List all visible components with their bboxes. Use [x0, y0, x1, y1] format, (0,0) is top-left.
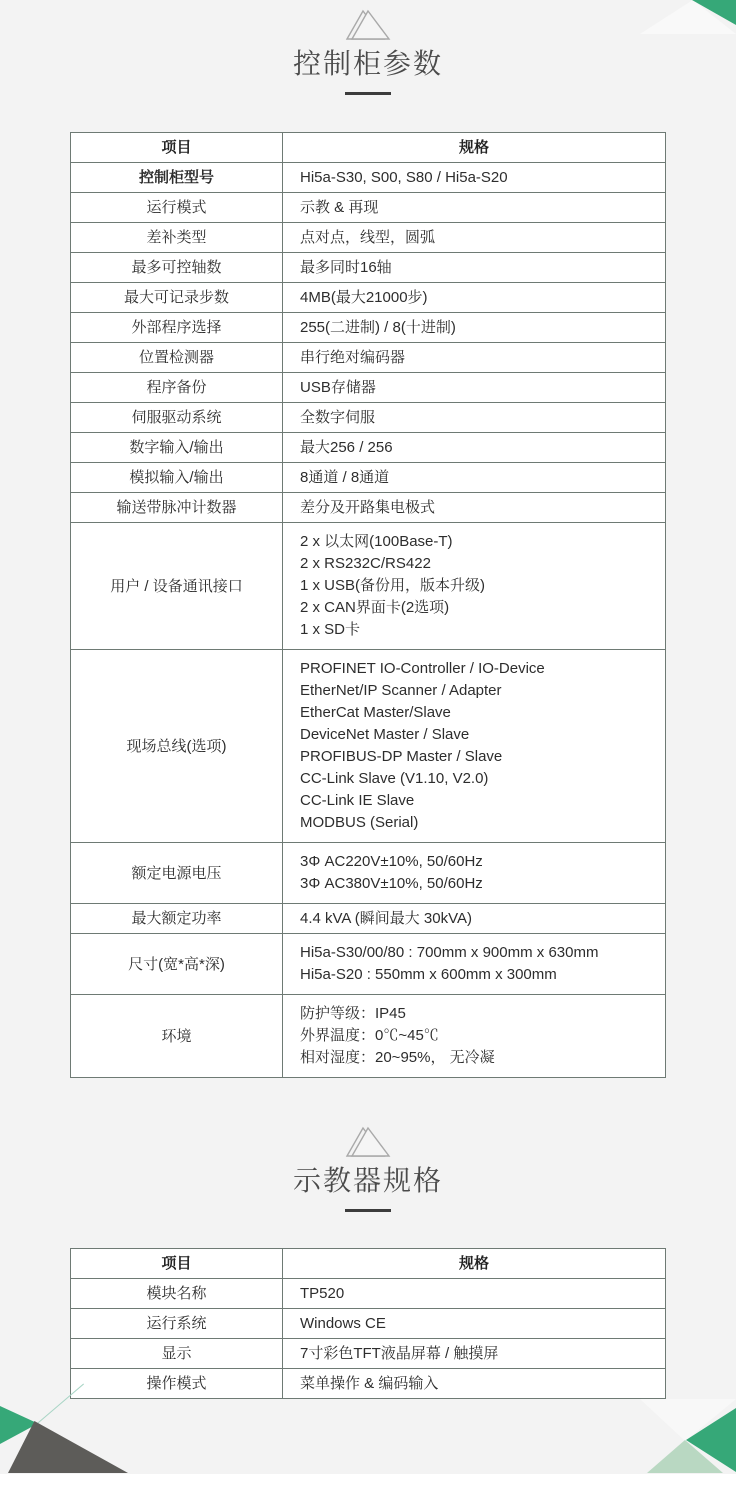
- spec-page: 控制柜参数 项目规格控制柜型号Hi5a-S30, S00, S80 / Hi5a…: [0, 0, 736, 1474]
- spec-item-value: 差分及开路集电极式: [283, 493, 666, 523]
- spec-item-value: 2 x 以太网(100Base-T) 2 x RS232C/RS422 1 x …: [283, 523, 666, 650]
- spec-row: 外部程序选择255(二进制) / 8(十进制): [71, 313, 666, 343]
- spec-row: 现场总线(选项)PROFINET IO-Controller / IO-Devi…: [71, 650, 666, 843]
- spec-item-value: 示教 & 再现: [283, 193, 666, 223]
- spec-item-label: 外部程序选择: [71, 313, 283, 343]
- spec-item-value: 全数字伺服: [283, 403, 666, 433]
- title-underline-icon: [345, 92, 391, 95]
- spec-item-value: 最大256 / 256: [283, 433, 666, 463]
- spec-item-label: 模块名称: [71, 1279, 283, 1309]
- spec-row: 操作模式菜单操作 & 编码输入: [71, 1369, 666, 1399]
- spec-item-value: Hi5a-S30/00/80 : 700mm x 900mm x 630mm H…: [283, 934, 666, 995]
- spec-row: 控制柜型号Hi5a-S30, S00, S80 / Hi5a-S20: [71, 163, 666, 193]
- spec-item-label: 位置检测器: [71, 343, 283, 373]
- spec-item-label: 伺服驱动系统: [71, 403, 283, 433]
- spec-item-label: 输送带脉冲计数器: [71, 493, 283, 523]
- section-control-cabinet: 控制柜参数 项目规格控制柜型号Hi5a-S30, S00, S80 / Hi5a…: [0, 0, 736, 1078]
- section-header: 示教器规格: [0, 1125, 736, 1212]
- spec-row: 运行系统Windows CE: [71, 1309, 666, 1339]
- spec-item-label: 操作模式: [71, 1369, 283, 1399]
- teach-pendant-spec-table: 项目规格模块名称TP520运行系统Windows CE显示7寸彩色TFT液晶屏幕…: [70, 1248, 666, 1399]
- spec-item-label: 环境: [71, 995, 283, 1078]
- spec-row: 差补类型点对点，线型，圆弧: [71, 223, 666, 253]
- spec-item-value: 3Φ AC220V±10%, 50/60Hz 3Φ AC380V±10%, 50…: [283, 843, 666, 904]
- spec-row: 程序备份USB存储器: [71, 373, 666, 403]
- column-header: 规格: [283, 1249, 666, 1279]
- spec-item-value: 串行绝对编码器: [283, 343, 666, 373]
- spec-item-value: 255(二进制) / 8(十进制): [283, 313, 666, 343]
- spec-item-label: 最多可控轴数: [71, 253, 283, 283]
- section-teach-pendant: 示教器规格 项目规格模块名称TP520运行系统Windows CE显示7寸彩色T…: [0, 1125, 736, 1399]
- spec-item-label: 运行系统: [71, 1309, 283, 1339]
- spec-item-value: 最多同时16轴: [283, 253, 666, 283]
- spec-item-value: 菜单操作 & 编码输入: [283, 1369, 666, 1399]
- spec-item-label: 尺寸(宽*高*深): [71, 934, 283, 995]
- section-title: 示教器规格: [0, 1163, 736, 1199]
- spec-row: 伺服驱动系统全数字伺服: [71, 403, 666, 433]
- spec-row: 运行模式示教 & 再现: [71, 193, 666, 223]
- spec-item-label: 数字输入/输出: [71, 433, 283, 463]
- table-header-row: 项目规格: [71, 133, 666, 163]
- spec-row: 最大额定功率4.4 kVA (瞬间最大 30kVA): [71, 904, 666, 934]
- spec-item-value: 8通道 / 8通道: [283, 463, 666, 493]
- spec-item-value: 4.4 kVA (瞬间最大 30kVA): [283, 904, 666, 934]
- spec-row: 最大可记录步数4MB(最大21000步): [71, 283, 666, 313]
- spec-item-label: 现场总线(选项): [71, 650, 283, 843]
- column-header: 项目: [71, 1249, 283, 1279]
- spec-item-label: 模拟输入/输出: [71, 463, 283, 493]
- spec-item-label: 显示: [71, 1339, 283, 1369]
- spec-item-value: 点对点，线型，圆弧: [283, 223, 666, 253]
- spec-item-label: 额定电源电压: [71, 843, 283, 904]
- spec-item-value: 7寸彩色TFT液晶屏幕 / 触摸屏: [283, 1339, 666, 1369]
- spec-row: 模拟输入/输出8通道 / 8通道: [71, 463, 666, 493]
- column-header: 规格: [283, 133, 666, 163]
- control-cabinet-spec-table: 项目规格控制柜型号Hi5a-S30, S00, S80 / Hi5a-S20运行…: [70, 132, 666, 1078]
- triangle-logo-icon: [344, 1125, 392, 1159]
- title-underline-icon: [345, 1209, 391, 1212]
- column-header: 项目: [71, 133, 283, 163]
- spec-row: 用户 / 设备通讯接口2 x 以太网(100Base-T) 2 x RS232C…: [71, 523, 666, 650]
- spec-item-value: PROFINET IO-Controller / IO-Device Ether…: [283, 650, 666, 843]
- spec-item-label: 最大额定功率: [71, 904, 283, 934]
- spec-item-value: TP520: [283, 1279, 666, 1309]
- spec-row: 数字输入/输出最大256 / 256: [71, 433, 666, 463]
- spec-item-value: Hi5a-S30, S00, S80 / Hi5a-S20: [283, 163, 666, 193]
- spec-row: 额定电源电压3Φ AC220V±10%, 50/60Hz 3Φ AC380V±1…: [71, 843, 666, 904]
- triangle-logo-icon: [344, 8, 392, 42]
- spec-row: 尺寸(宽*高*深)Hi5a-S30/00/80 : 700mm x 900mm …: [71, 934, 666, 995]
- section-title: 控制柜参数: [0, 46, 736, 82]
- spec-item-label: 最大可记录步数: [71, 283, 283, 313]
- spec-row: 最多可控轴数最多同时16轴: [71, 253, 666, 283]
- spec-item-label: 控制柜型号: [71, 163, 283, 193]
- spec-item-value: USB存储器: [283, 373, 666, 403]
- section-header: 控制柜参数: [0, 0, 736, 95]
- spec-item-value: Windows CE: [283, 1309, 666, 1339]
- spec-row: 位置检测器串行绝对编码器: [71, 343, 666, 373]
- spec-item-label: 差补类型: [71, 223, 283, 253]
- spec-item-value: 4MB(最大21000步): [283, 283, 666, 313]
- spec-row: 模块名称TP520: [71, 1279, 666, 1309]
- table-header-row: 项目规格: [71, 1249, 666, 1279]
- spec-item-label: 运行模式: [71, 193, 283, 223]
- spec-item-value: 防护等级：IP45 外界温度：0℃~45℃ 相对湿度：20~95%， 无冷凝: [283, 995, 666, 1078]
- spec-row: 输送带脉冲计数器差分及开路集电极式: [71, 493, 666, 523]
- spec-row: 环境防护等级：IP45 外界温度：0℃~45℃ 相对湿度：20~95%， 无冷凝: [71, 995, 666, 1078]
- spec-row: 显示7寸彩色TFT液晶屏幕 / 触摸屏: [71, 1339, 666, 1369]
- spec-item-label: 用户 / 设备通讯接口: [71, 523, 283, 650]
- spec-item-label: 程序备份: [71, 373, 283, 403]
